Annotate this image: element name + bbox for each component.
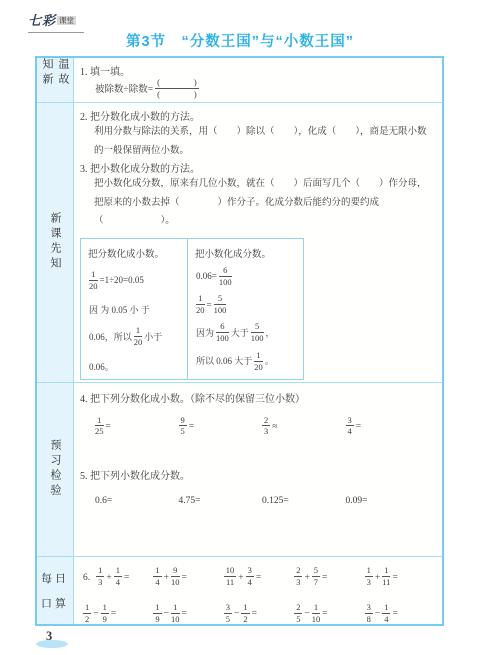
fraction-denominator: 11 <box>382 577 390 587</box>
question-3-body: 把小数化成分数，原来有几位小数，就在（ ）后面写几个（ ）作分母，把原来的小数去… <box>94 175 430 231</box>
section-check-content: 4. 把下列分数化成小数。（除不尽的保留三位小数） 125=95=23≈34= … <box>74 383 442 556</box>
fraction: 12 <box>241 603 249 624</box>
example-left-column: 把分数化成小数。 120=1÷20=0.05 因 为 0.05 小 于 0.06… <box>81 239 188 379</box>
question-5-items: 0.6=4.75=0.125=0.09= <box>94 496 428 506</box>
fraction: 6100 <box>219 266 232 287</box>
fraction: 111 <box>382 566 390 587</box>
fraction: 35 <box>224 603 232 624</box>
math-expression: 0.6= <box>94 496 178 506</box>
question-2-heading: 2. 把分数化成小数的方法。 <box>80 108 434 123</box>
fraction-numerator: 1 <box>134 326 143 337</box>
section-label-newlesson: 新课先知 <box>37 103 74 382</box>
fraction-numerator: 1 <box>153 603 161 614</box>
fraction-numerator: 1 <box>382 566 390 577</box>
math-text: 4.75= <box>179 496 201 506</box>
fraction-numerator: 1 <box>312 603 321 614</box>
question-4-heading: 4. 把下列分数化成小数。（除不尽的保留三位小数） <box>80 390 434 405</box>
math-text: 。 <box>265 356 274 366</box>
math-expression: 0.125= <box>261 496 345 506</box>
fraction-denominator: 5 <box>294 614 302 624</box>
fraction-denominator: 9 <box>101 614 109 624</box>
fraction-denominator: 4 <box>114 577 122 587</box>
math-text: = <box>392 609 397 619</box>
fraction-numerator: ( ) <box>155 78 199 89</box>
fraction-numerator: 3 <box>346 416 354 427</box>
section-daily: 每日 口算 6.13+14=14+910=1011+34=23+57=13+11… <box>37 557 442 624</box>
question-5-heading: 5. 把下列小数化成分数。 <box>80 467 434 482</box>
fraction: 13 <box>96 566 104 587</box>
math-expression: 34= <box>345 417 429 438</box>
math-text: − <box>164 609 169 619</box>
example-line: 120=1÷20=0.05 <box>88 271 181 292</box>
math-text: =1÷20=0.05 <box>100 275 144 285</box>
math-text: − <box>304 609 309 619</box>
fraction-denominator: 9 <box>153 614 161 624</box>
section-label-text: 每日 口算 <box>41 570 69 611</box>
section-newlesson: 新课先知 2. 把分数化成小数的方法。 利用分数与除法的关系，用（ ）除以（ ）… <box>37 103 442 383</box>
fraction-numerator: 3 <box>246 566 254 577</box>
section-label-daily: 每日 口算 <box>37 557 74 624</box>
question-2-body: 利用分数与除法的关系，用（ ）除以（ ），化成（ ），商是无限小数的一般保留两位… <box>94 123 430 160</box>
fraction-denominator: 20 <box>89 281 98 291</box>
fraction-denominator: 4 <box>382 614 390 624</box>
fraction-denominator: 2 <box>241 614 249 624</box>
fraction: ( )( ) <box>155 78 199 99</box>
fraction: 34 <box>246 566 254 587</box>
fraction: 5100 <box>251 322 264 343</box>
fraction-numerator: 1 <box>241 603 249 614</box>
math-text: 0.06= <box>196 271 217 281</box>
fraction: 910 <box>171 566 180 587</box>
fraction-numerator: 5 <box>214 294 227 305</box>
fraction: 5100 <box>214 294 227 315</box>
fraction-numerator: 1 <box>95 416 104 427</box>
math-text: + <box>238 573 243 583</box>
math-text: + <box>106 573 111 583</box>
fraction-denominator: 11 <box>224 577 237 587</box>
example-line: 120=5100 <box>195 295 297 316</box>
math-text: 0.06。 <box>89 362 114 372</box>
fraction: 110 <box>312 603 321 624</box>
math-expression: 13+111= <box>364 567 434 588</box>
fraction-denominator: 10 <box>312 614 321 624</box>
fraction-denominator: 25 <box>95 426 104 436</box>
fraction-denominator: 8 <box>365 614 373 624</box>
fraction-numerator: 1 <box>101 603 109 614</box>
fraction: 19 <box>153 603 161 624</box>
fraction-numerator: 6 <box>219 266 232 277</box>
math-expression: 6.13+14= <box>82 567 152 588</box>
fraction-numerator: 1 <box>254 351 263 362</box>
math-text: = <box>392 573 397 583</box>
section-check: 预习检验 4. 把下列分数化成小数。（除不尽的保留三位小数） 125=95=23… <box>37 383 442 557</box>
fraction-numerator: 1 <box>83 603 91 614</box>
section-label-text: 温故知新 <box>39 58 71 102</box>
fraction: 120 <box>254 351 263 372</box>
math-text: = <box>207 300 212 310</box>
question-4-items: 125=95=23≈34= <box>94 417 428 438</box>
math-text: = <box>111 609 116 619</box>
section-newlesson-content: 2. 把分数化成小数的方法。 利用分数与除法的关系，用（ ）除以（ ），化成（ … <box>74 103 442 382</box>
fraction-denominator: 3 <box>365 577 373 587</box>
math-expression: 125= <box>94 417 178 438</box>
math-expression: 1011+34= <box>223 567 293 588</box>
fraction: 110 <box>171 603 180 624</box>
fraction-numerator: 1 <box>114 566 122 577</box>
example-right-column: 把小数化成分数。 0.06=6100 120=5100 因为6100大于5100… <box>188 239 303 379</box>
fraction-numerator: 1 <box>96 566 104 577</box>
math-expression: 38−14= <box>364 604 434 625</box>
math-expression: 25−110= <box>293 604 363 625</box>
fraction: 23 <box>294 566 302 587</box>
fraction-denominator: 5 <box>224 614 232 624</box>
fraction: 1011 <box>224 566 237 587</box>
fraction-numerator: 3 <box>365 603 373 614</box>
fraction-numerator: 1 <box>153 566 161 577</box>
example-line: 因 为 0.05 小 于 <box>88 303 181 316</box>
fraction-numerator: 1 <box>365 566 373 577</box>
math-text: ≈ <box>272 422 277 432</box>
math-text: + <box>304 573 309 583</box>
fraction-denominator: 3 <box>294 577 302 587</box>
math-expression: 4.75= <box>178 496 262 506</box>
example-right-title: 把小数化成分数。 <box>195 246 297 260</box>
page-title: 第3节 “分数王国”与“小数王国” <box>0 30 480 51</box>
fraction-numerator: 1 <box>382 603 390 614</box>
fraction: 13 <box>365 566 373 587</box>
section-label-check: 预习检验 <box>37 383 74 556</box>
math-expression: 23+57= <box>293 567 363 588</box>
example-box: 把分数化成小数。 120=1÷20=0.05 因 为 0.05 小 于 0.06… <box>80 238 304 380</box>
fraction-denominator: 7 <box>312 577 320 587</box>
math-text: ， <box>266 328 275 338</box>
fraction-numerator: 10 <box>224 566 237 577</box>
fraction-numerator: 5 <box>251 322 264 333</box>
logo-text-main: 七彩 <box>28 13 56 28</box>
section-review: 温故知新 1. 填一填。 被除数÷除数=( )( ) <box>37 58 442 103</box>
example-line: 所以 0.06 大于120。 <box>195 352 297 373</box>
math-text: 因为 <box>196 328 214 338</box>
fraction: 23 <box>262 416 270 437</box>
fraction-numerator: 1 <box>196 294 205 305</box>
fraction-numerator: 1 <box>89 270 98 281</box>
example-line: 0.06。 <box>88 360 181 373</box>
question-3-heading: 3. 把小数化成分数的方法。 <box>80 160 434 175</box>
math-text: = <box>252 609 257 619</box>
fraction-denominator: 20 <box>254 362 263 372</box>
fraction-denominator: 100 <box>214 305 227 315</box>
question-1-heading: 1. 填一填。 <box>80 63 434 78</box>
fraction-numerator: 9 <box>179 416 187 427</box>
fraction-denominator: 4 <box>246 577 254 587</box>
math-text: = <box>182 609 187 619</box>
math-text: 0.09= <box>346 496 368 506</box>
math-text: 因 为 0.05 小 于 <box>89 305 150 315</box>
example-line: 0.06，所以120小于 <box>88 327 181 348</box>
math-text: 大于 <box>231 328 249 338</box>
item-number: 6. <box>83 573 90 583</box>
fraction: 12 <box>83 603 91 624</box>
math-text: + <box>375 573 380 583</box>
page-number-text: 3 <box>46 629 52 644</box>
fraction-denominator: 10 <box>171 614 180 624</box>
example-left-title: 把分数化成小数。 <box>88 246 181 260</box>
fraction-numerator: 6 <box>216 322 229 333</box>
fraction-numerator: 2 <box>294 603 302 614</box>
daily-label-line1: 每日 <box>41 570 69 586</box>
math-text: 0.06，所以 <box>89 332 132 342</box>
fraction: 34 <box>346 416 354 437</box>
example-line: 0.06=6100 <box>195 267 297 288</box>
math-text: = <box>256 573 261 583</box>
question-6-row-1: 6.13+14=14+910=1011+34=23+57=13+111= <box>82 567 434 588</box>
fraction-denominator: ( ) <box>155 89 199 99</box>
math-text: 被除数÷除数= <box>95 85 153 95</box>
math-expression: 19−110= <box>152 604 222 625</box>
math-text: 0.125= <box>262 496 289 506</box>
section-label-review: 温故知新 <box>37 58 74 102</box>
math-text: − <box>93 609 98 619</box>
fraction-numerator: 2 <box>294 566 302 577</box>
math-text: 所以 0.06 大于 <box>196 356 252 366</box>
math-expression: 95= <box>178 417 262 438</box>
math-text: − <box>375 609 380 619</box>
section-label-text: 预习检验 <box>47 439 63 499</box>
daily-label-line2: 口算 <box>41 595 69 611</box>
math-text: 0.6= <box>95 496 112 506</box>
question-6-row-2: 12−19=19−110=35−12=25−110=38−14= <box>82 604 434 625</box>
fraction: 95 <box>179 416 187 437</box>
question-1-expression: 被除数÷除数=( )( ) <box>94 79 434 100</box>
section-daily-content: 6.13+14=14+910=1011+34=23+57=13+111= 12−… <box>74 557 442 624</box>
page-number: 3 <box>38 629 72 649</box>
worksheet-table: 温故知新 1. 填一填。 被除数÷除数=( )( ) 新课先知 2. 把分数化成… <box>35 56 444 626</box>
fraction-denominator: 2 <box>83 614 91 624</box>
math-text: = <box>356 422 361 432</box>
fraction: 14 <box>153 566 161 587</box>
fraction-numerator: 9 <box>171 566 180 577</box>
fraction: 120 <box>196 294 205 315</box>
logo-text-sub: 课堂 <box>57 16 76 25</box>
math-text: = <box>124 573 129 583</box>
fraction-denominator: 100 <box>251 333 264 343</box>
math-expression: 12−19= <box>82 604 152 625</box>
fraction: 38 <box>365 603 373 624</box>
fraction: 6100 <box>216 322 229 343</box>
math-text: 小于 <box>144 332 162 342</box>
fraction-numerator: 2 <box>262 416 270 427</box>
math-expression: 35−12= <box>223 604 293 625</box>
fraction: 14 <box>114 566 122 587</box>
example-line: 因为6100大于5100， <box>195 323 297 344</box>
math-text: − <box>234 609 239 619</box>
fraction-denominator: 5 <box>179 426 187 436</box>
fraction-numerator: 1 <box>171 603 180 614</box>
math-text: = <box>322 573 327 583</box>
fraction-denominator: 100 <box>219 277 232 287</box>
fraction-denominator: 100 <box>216 333 229 343</box>
math-text: = <box>189 422 194 432</box>
fraction: 57 <box>312 566 320 587</box>
math-expression: 0.09= <box>345 496 429 506</box>
math-expression: 14+910= <box>152 567 222 588</box>
math-text: = <box>182 573 187 583</box>
fraction: 120 <box>89 270 98 291</box>
fraction: 19 <box>101 603 109 624</box>
fraction-numerator: 5 <box>312 566 320 577</box>
fraction-denominator: 20 <box>134 337 143 347</box>
fraction: 125 <box>95 416 104 437</box>
fraction-denominator: 20 <box>196 305 205 315</box>
fraction: 25 <box>294 603 302 624</box>
math-text: + <box>164 573 169 583</box>
fraction-numerator: 3 <box>224 603 232 614</box>
fraction-denominator: 4 <box>153 577 161 587</box>
math-text: = <box>322 609 327 619</box>
fraction-denominator: 3 <box>96 577 104 587</box>
section-review-content: 1. 填一填。 被除数÷除数=( )( ) <box>74 58 442 102</box>
fraction-denominator: 4 <box>346 426 354 436</box>
fraction-denominator: 3 <box>262 426 270 436</box>
math-expression: 23≈ <box>261 417 345 438</box>
fraction: 14 <box>382 603 390 624</box>
fraction-denominator: 10 <box>171 577 180 587</box>
section-label-text: 新课先知 <box>47 212 63 272</box>
math-text: = <box>106 422 111 432</box>
fraction: 120 <box>134 326 143 347</box>
